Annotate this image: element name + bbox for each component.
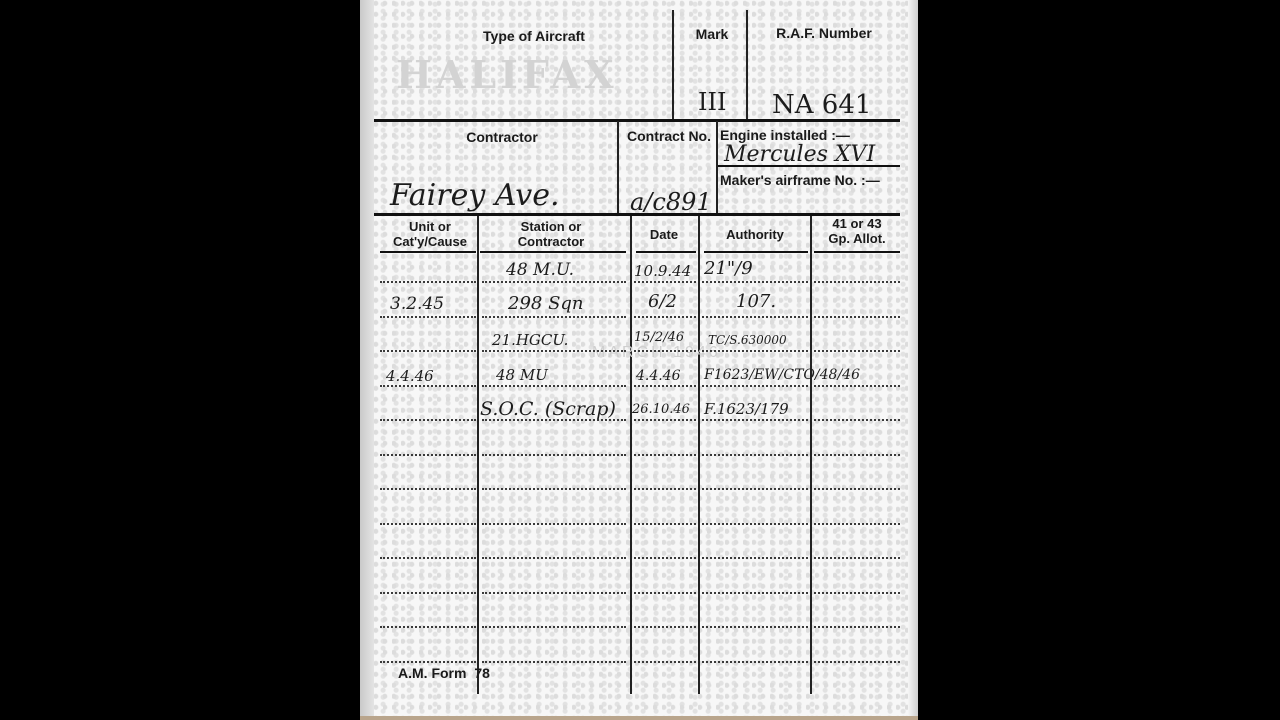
column-header-authority: Authority [700, 227, 810, 242]
row-rule [380, 488, 476, 490]
form-number: 78 [474, 665, 490, 681]
engine-installed-value: Mercules XVI [724, 142, 875, 167]
row-2-date: 6/2 [648, 291, 677, 312]
row-rule [702, 281, 808, 283]
row-rule [380, 661, 476, 663]
row-rule [482, 488, 626, 490]
row-rule [702, 523, 808, 525]
column-header-station-line1: Station or [482, 219, 620, 234]
page-edge-right [908, 0, 918, 720]
contractor-value: Fairey Ave. [390, 178, 560, 213]
header-underline-date [636, 251, 696, 253]
row-rule [482, 661, 626, 663]
row-1-station: 48 M.U. [506, 260, 574, 280]
row-rule [634, 316, 696, 318]
form-label: A.M. Form [398, 665, 466, 681]
row-rule [634, 557, 696, 559]
divider-mark-left [672, 10, 674, 120]
row-rule [814, 281, 900, 283]
row-rule [634, 661, 696, 663]
row-rule [634, 419, 696, 421]
mark-label: Mark [676, 27, 748, 42]
row-rule [380, 592, 476, 594]
row-rule [702, 488, 808, 490]
header-underline-allot [814, 251, 900, 253]
row-4-unit: 4.4.46 [386, 367, 434, 385]
contract-no-label: Contract No. [620, 129, 718, 144]
row-rule [814, 523, 900, 525]
contractor-label: Contractor [414, 130, 590, 145]
row-rule [380, 281, 476, 283]
row-rule [482, 454, 626, 456]
row-rule [482, 385, 626, 387]
column-header-unit-line1: Unit or [382, 219, 478, 234]
divider-contract-right [716, 121, 718, 215]
row-rule [702, 316, 808, 318]
engine-installed-label: Engine installed :— [720, 128, 870, 143]
row-4-date: 4.4.46 [636, 368, 681, 384]
row-rule [702, 350, 808, 352]
type-of-aircraft-label: Type of Aircraft [434, 29, 634, 44]
row-5-date: 26.10.46 [632, 402, 690, 417]
mark-value: III [698, 88, 726, 116]
row-rule [702, 419, 808, 421]
makers-airframe-label: Maker's airframe No. :— [720, 173, 902, 188]
raf-number-value: NA 641 [772, 90, 871, 120]
row-rule [702, 592, 808, 594]
row-rule [814, 592, 900, 594]
row-1-date: 10.9.44 [634, 262, 691, 280]
row-rule [702, 626, 808, 628]
divider-mark-right [746, 10, 748, 120]
row-2-unit: 3.2.45 [390, 294, 444, 314]
column-header-unit-line2: Cat'y/Cause [382, 234, 478, 249]
row-rule [482, 592, 626, 594]
row-rule [482, 557, 626, 559]
row-4-authority: F1623/EW/CTO/48/46 [704, 367, 860, 383]
column-divider-4 [810, 216, 812, 694]
row-3-station: 21.HGCU. [492, 331, 568, 349]
row-5-authority: F.1623/179 [704, 400, 789, 418]
contract-no-value: a/c891 [630, 188, 712, 216]
page-edge-left [360, 0, 374, 720]
column-header-station-line2: Contractor [482, 234, 620, 249]
page-edge-bottom [360, 716, 918, 720]
row-rule [634, 350, 696, 352]
row-rule [702, 454, 808, 456]
row-rule [702, 661, 808, 663]
row-rule [634, 488, 696, 490]
column-header-unit: Unit or Cat'y/Cause [382, 219, 478, 249]
column-header-allot: 41 or 43 Gp. Allot. [812, 216, 902, 246]
row-rule [634, 281, 696, 283]
column-divider-2 [630, 216, 632, 694]
row-rule [814, 661, 900, 663]
column-divider-1 [477, 216, 479, 694]
row-rule [702, 385, 808, 387]
row-rule [380, 626, 476, 628]
date-stamp: MARCH 1946 [592, 344, 721, 362]
row-5-station: S.O.C. (Scrap) [480, 398, 616, 420]
form-id: A.M. Form 78 [398, 666, 518, 681]
row-1-authority: 21"/9 [704, 258, 753, 279]
row-rule [634, 385, 696, 387]
row-2-station: 298 Sqn [508, 293, 584, 314]
row-rule [814, 350, 900, 352]
header-underline-authority [704, 251, 808, 253]
row-2-authority: 107. [736, 291, 776, 312]
row-rule [482, 281, 626, 283]
row-rule [814, 488, 900, 490]
header-underline-station [480, 251, 626, 253]
row-rule [814, 626, 900, 628]
row-rule [814, 419, 900, 421]
document-page: Type of Aircraft HALIFAX Mark III R.A.F.… [360, 0, 918, 720]
row-rule [814, 316, 900, 318]
row-rule [634, 523, 696, 525]
column-divider-3 [698, 216, 700, 694]
divider-contract-left [617, 121, 619, 215]
row-rule [634, 454, 696, 456]
row-rule [482, 316, 626, 318]
row-rule [482, 626, 626, 628]
header-rule [374, 119, 900, 122]
row-rule [380, 454, 476, 456]
row-rule [380, 316, 476, 318]
row-rule [482, 523, 626, 525]
row-rule [634, 592, 696, 594]
row-rule [634, 626, 696, 628]
record-card: Type of Aircraft HALIFAX Mark III R.A.F.… [374, 0, 908, 716]
column-header-date: Date [632, 227, 696, 242]
row-3-date: 15/2/46 [634, 330, 684, 345]
row-rule [380, 419, 476, 421]
row-rule [380, 523, 476, 525]
column-header-station: Station or Contractor [482, 219, 620, 249]
row-rule [380, 350, 476, 352]
row-3-authority: TC/S.630000 [708, 333, 787, 347]
column-header-allot-line1: 41 or 43 [812, 216, 902, 231]
row-rule [482, 350, 626, 352]
type-of-aircraft-value: HALIFAX [396, 52, 618, 97]
row-rule [814, 557, 900, 559]
row-rule [814, 385, 900, 387]
row-4-station: 48 MU [496, 366, 548, 384]
header-underline-unit [380, 251, 476, 253]
row-rule [702, 557, 808, 559]
raf-number-label: R.A.F. Number [754, 26, 894, 41]
engine-rule [718, 165, 900, 167]
row-rule [380, 557, 476, 559]
column-header-allot-line2: Gp. Allot. [812, 231, 902, 246]
row-rule [814, 454, 900, 456]
